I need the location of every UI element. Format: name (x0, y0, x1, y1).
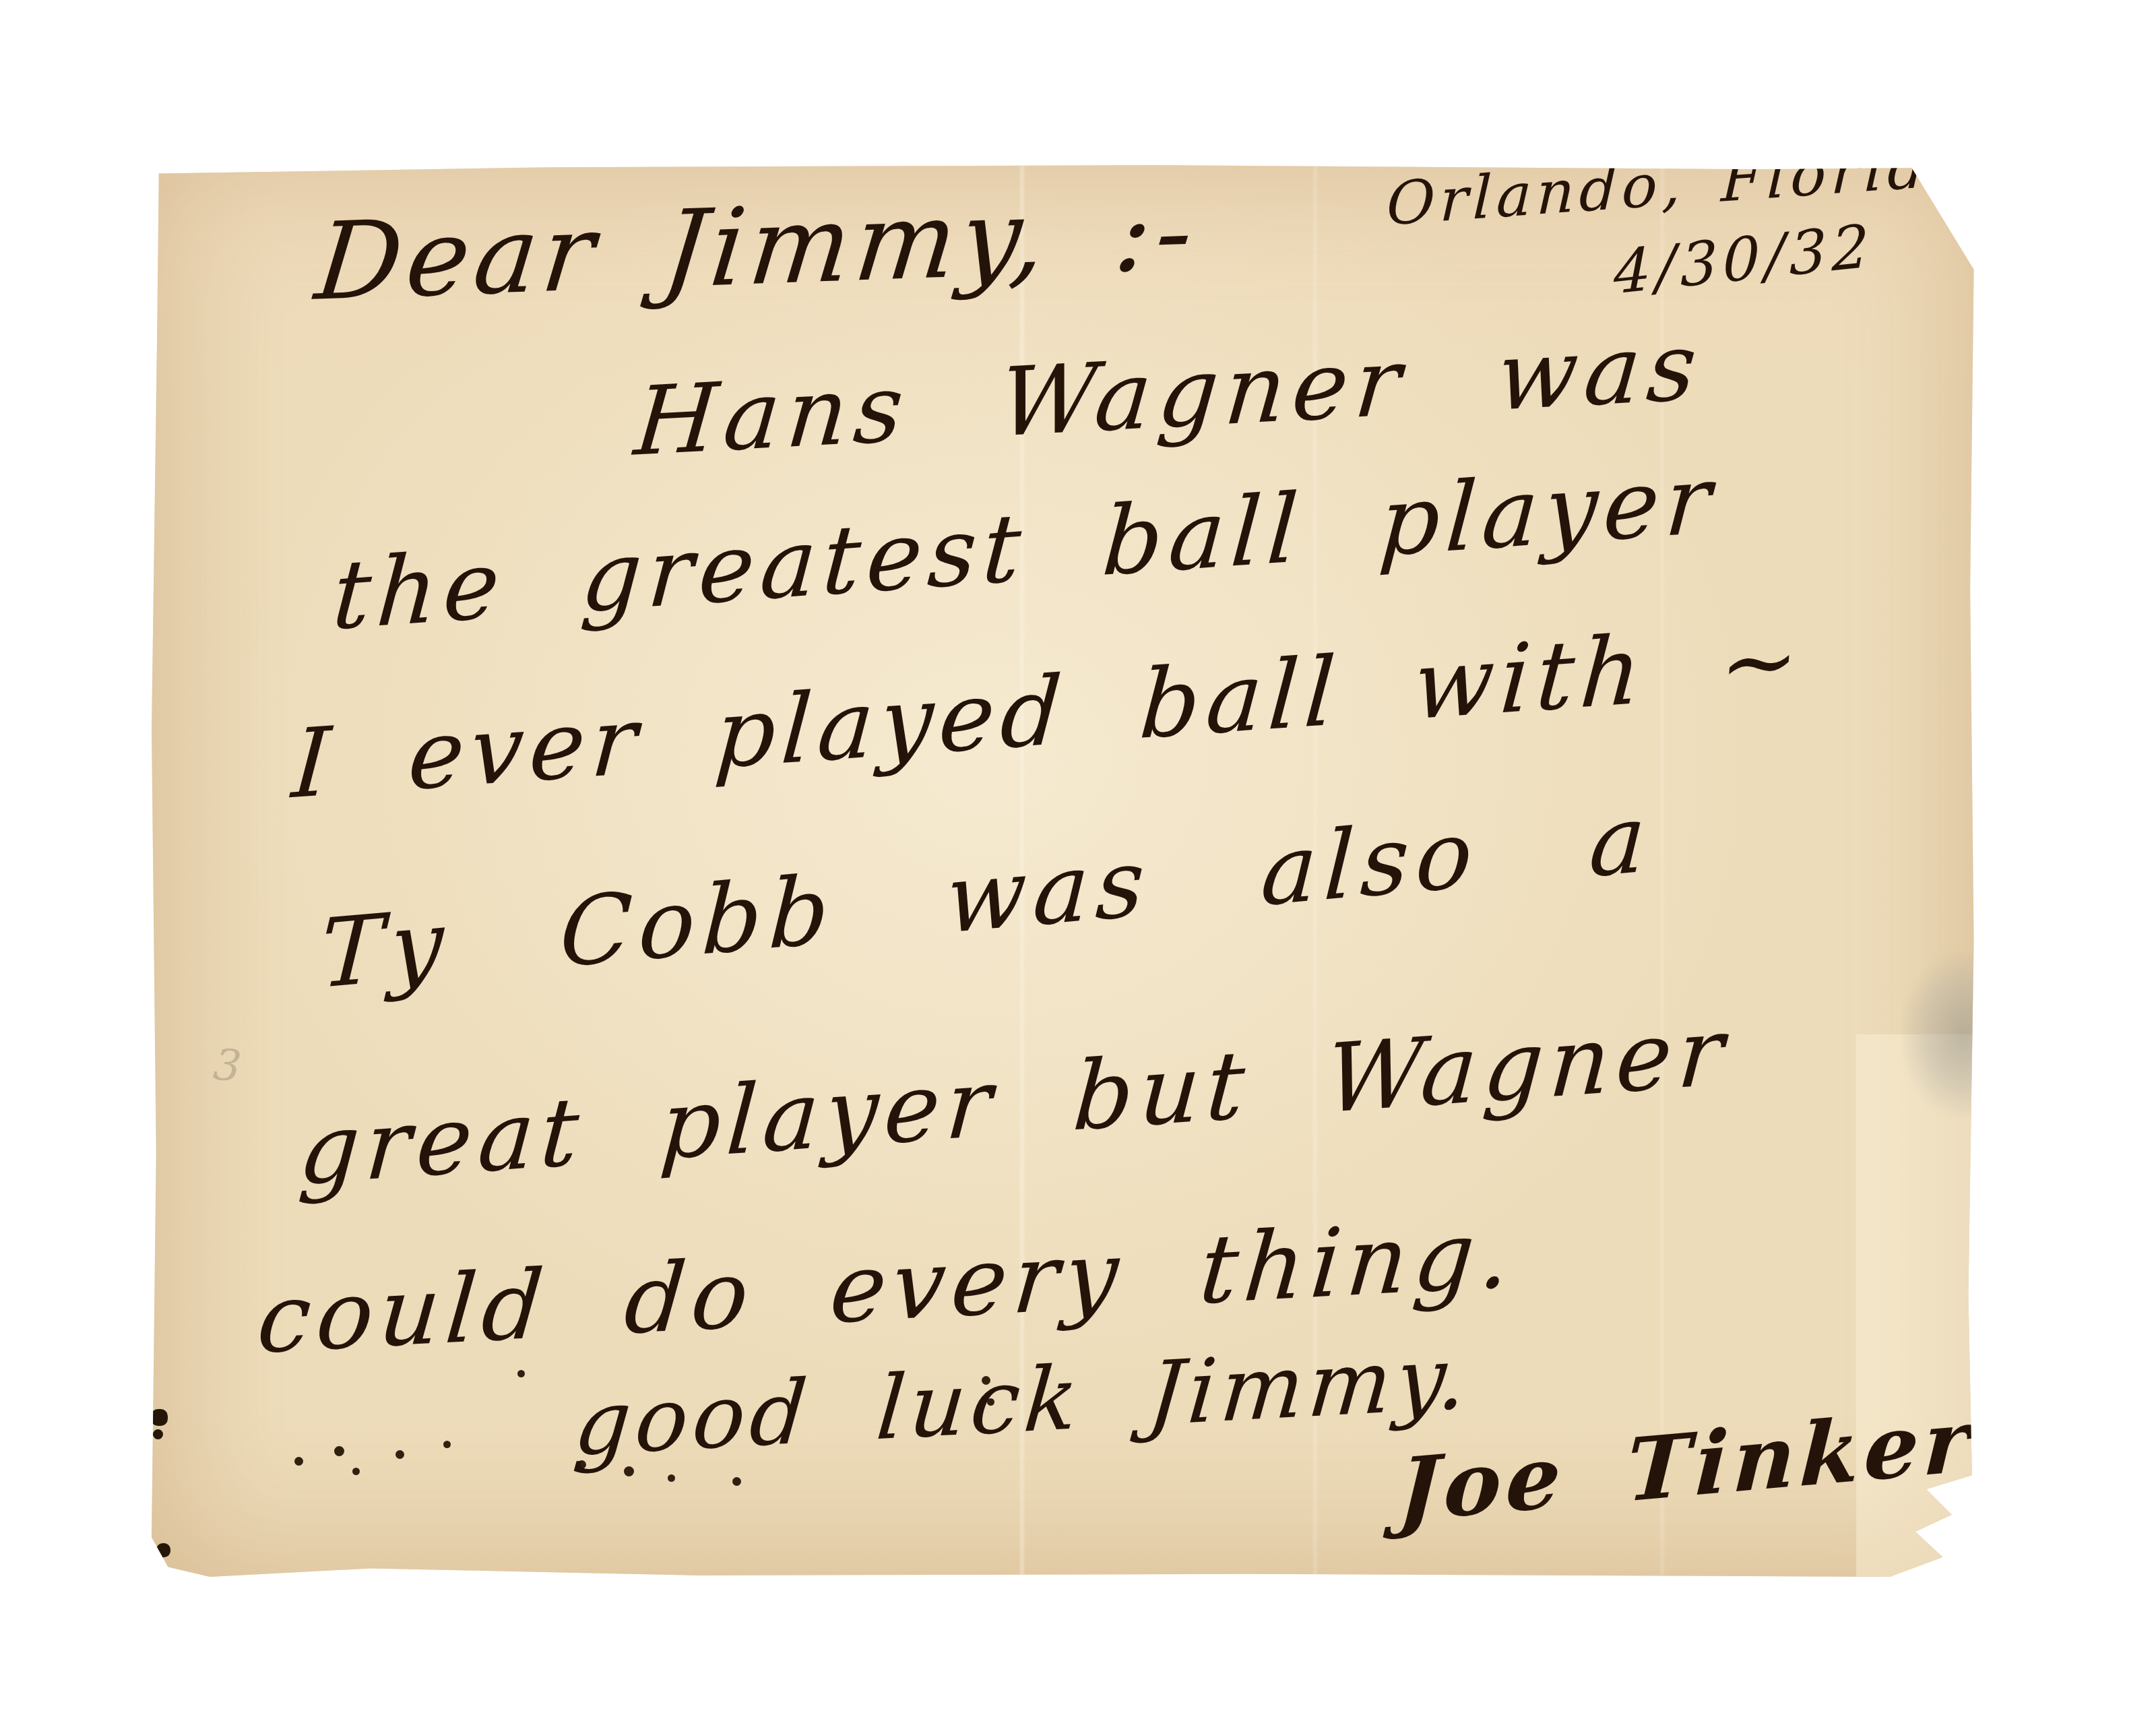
letter-scan: 3 Orlando, Florida 4/30/32 Dear Jimmy, :… (0, 0, 2156, 1717)
letter-location: Orlando, Florida (1385, 128, 1971, 239)
ink-spatter (152, 165, 156, 170)
letter-body-line: Ty Cobb was also a (317, 783, 1655, 1010)
letter-paper: 3 Orlando, Florida 4/30/32 Dear Jimmy, :… (152, 165, 1977, 1577)
letter-body-line: great player but Wagner (296, 997, 1733, 1208)
letter-body-line: Hans Wagner was (631, 311, 1708, 478)
letter-salutation: Dear Jimmy, :- (311, 169, 1204, 324)
letter-body-line: the greatest ball player (329, 444, 1721, 652)
pencil-mark: 3 (211, 1040, 243, 1092)
tape-stain (1903, 954, 2025, 1115)
letter-date: 4/30/32 (1614, 210, 1874, 307)
